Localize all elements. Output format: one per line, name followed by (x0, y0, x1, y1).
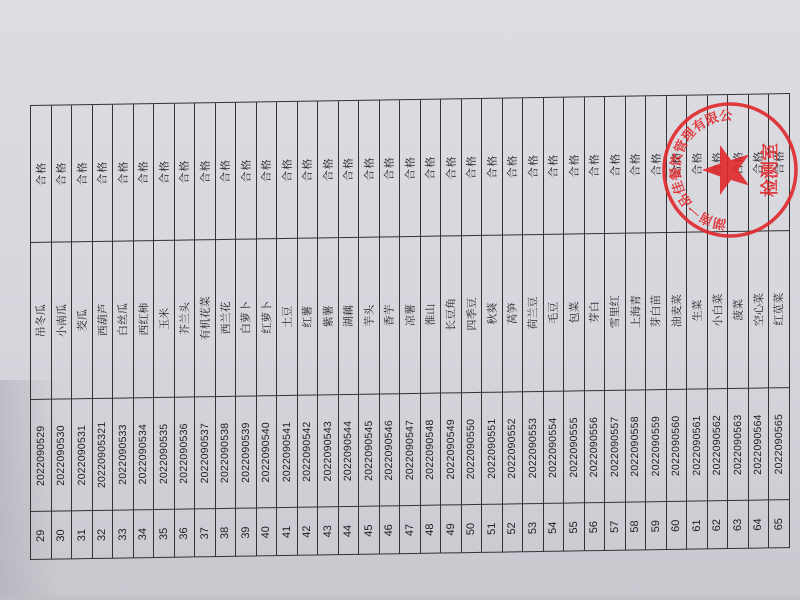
sample-id-cell-text: 2022090545 (363, 420, 375, 481)
item-name-cell-text: 有机花菜 (197, 296, 213, 340)
sample-id-cell: 20220905321 (93, 399, 113, 511)
row-number-cell: 51 (482, 505, 502, 553)
row-number-cell-text: 34 (137, 528, 149, 540)
item-name-cell: 空心菜 (749, 231, 769, 388)
row-number-cell: 40 (257, 508, 277, 556)
sample-id-cell: 2022090556 (585, 391, 605, 503)
result-cell: 合格 (708, 95, 728, 232)
result-cell: 合格 (52, 105, 72, 242)
row-number-cell: 42 (298, 507, 318, 555)
sample-id-cell-text: 2022090529 (35, 425, 47, 486)
item-name-cell: 油麦菜 (667, 233, 687, 390)
sample-id-cell-text: 2022090539 (240, 422, 252, 483)
result-cell: 合格 (605, 97, 625, 234)
result-cell: 合格 (646, 96, 666, 233)
item-name-cell-text: 四季豆 (463, 297, 479, 330)
row-number-cell-text: 42 (301, 525, 313, 537)
sample-id-cell: 2022090546 (380, 394, 400, 506)
row-number-cell-text: 31 (76, 528, 88, 540)
sample-id-cell-text: 2022090536 (178, 423, 190, 484)
item-name-cell-text: 红苋菜 (771, 293, 787, 326)
result-cell: 合格 (523, 98, 543, 235)
sample-id-cell-text: 2022090562 (711, 414, 723, 475)
table-row: 合格包菜202209055555 (564, 97, 585, 551)
item-name-cell-text: 长豆角 (443, 298, 459, 331)
item-name-cell-text: 包菜 (566, 301, 582, 323)
sample-id-cell: 2022090539 (236, 396, 256, 508)
sample-id-cell: 2022090534 (134, 398, 154, 510)
table-row: 合格凉薯202209054747 (400, 100, 421, 554)
row-number-cell: 47 (400, 506, 420, 554)
item-name-cell: 芋头 (359, 238, 379, 395)
sample-id-cell-text: 2022090546 (383, 420, 395, 481)
row-number-cell-text: 52 (506, 522, 518, 534)
table-row: 合格白丝瓜202209053333 (113, 104, 134, 558)
table-row: 合格红薯202209054242 (298, 101, 319, 555)
result-cell: 合格 (626, 96, 646, 233)
result-cell: 合格 (359, 101, 379, 238)
row-number-cell-text: 45 (363, 524, 375, 536)
table-row: 合格有机花菜202209053737 (195, 103, 216, 557)
row-number-cell: 39 (236, 508, 256, 556)
sample-id-cell-text: 2022090530 (55, 425, 67, 486)
row-number-cell: 41 (277, 508, 297, 556)
result-cell: 合格 (503, 98, 523, 235)
row-number-cell: 59 (646, 502, 666, 550)
result-cell-text: 合格 (463, 155, 479, 179)
result-cell-text: 合格 (586, 153, 602, 177)
sample-id-cell: 2022090537 (195, 397, 215, 509)
row-number-cell-text: 46 (383, 524, 395, 536)
item-name-cell: 芽白苗 (646, 233, 666, 390)
table-row: 合格荷兰豆202209055353 (523, 98, 544, 552)
sample-id-cell-text: 2022090557 (609, 416, 621, 477)
result-cell: 合格 (318, 101, 338, 238)
sample-id-cell-text: 2022090533 (117, 424, 129, 485)
result-cell: 合格 (564, 97, 584, 234)
table-row: 合格菠菜202209056363 (728, 95, 749, 549)
table-row: 合格白萝卜202209053939 (236, 102, 257, 556)
sample-id-cell: 2022090544 (339, 395, 359, 507)
result-cell-text: 合格 (258, 158, 274, 182)
table-row: 合格芋头202209054545 (359, 101, 380, 555)
result-cell-text: 合格 (115, 160, 131, 184)
item-name-cell-text: 上海青 (627, 295, 643, 328)
sample-id-cell-text: 2022090549 (445, 419, 457, 480)
result-cell: 合格 (769, 94, 789, 231)
row-number-cell-text: 57 (609, 520, 621, 532)
item-name-cell: 毛豆 (544, 235, 564, 392)
item-name-cell: 莴笋 (503, 235, 523, 392)
row-number-cell: 53 (523, 504, 543, 552)
row-number-cell-text: 59 (650, 519, 662, 531)
sample-id-cell-text: 2022090558 (629, 416, 641, 477)
item-name-cell: 紫薯 (318, 238, 338, 395)
sample-id-cell-text: 2022090556 (588, 416, 600, 477)
sample-id-cell: 2022090550 (462, 393, 482, 505)
result-cell-text: 合格 (484, 155, 500, 179)
row-number-cell: 57 (605, 503, 625, 551)
item-name-cell: 四季豆 (462, 236, 482, 393)
result-cell: 合格 (31, 106, 51, 243)
item-name-cell-text: 红萝卜 (258, 301, 274, 334)
inspection-table: 合格吊冬瓜202209052929合格小南瓜202209053030合格茭瓜20… (30, 93, 790, 560)
item-name-cell: 秋葵 (482, 236, 502, 393)
table-row: 合格四季豆202209055050 (462, 99, 483, 553)
item-name-cell-text: 玉米 (156, 308, 172, 330)
item-name-cell-text: 秋葵 (484, 303, 500, 325)
result-cell-text: 合格 (340, 157, 356, 181)
item-name-cell-text: 芽白 (586, 301, 602, 323)
item-name-cell: 白萝卜 (236, 239, 256, 396)
row-number-cell: 38 (216, 509, 236, 557)
row-number-cell: 32 (93, 511, 113, 559)
sample-id-cell-text: 2022090565 (773, 413, 785, 474)
item-name-cell: 生菜 (687, 232, 707, 389)
result-cell: 合格 (277, 102, 297, 239)
row-number-cell-text: 47 (404, 523, 416, 535)
row-number-cell: 56 (585, 503, 605, 551)
table-row: 合格上海青202209055858 (626, 96, 647, 550)
result-cell: 合格 (134, 104, 154, 241)
row-number-cell-text: 49 (445, 523, 457, 535)
sample-id-cell: 2022090563 (728, 389, 748, 501)
sample-id-cell: 2022090552 (503, 392, 523, 504)
row-number-cell-text: 32 (96, 528, 108, 540)
result-cell-text: 合格 (135, 160, 151, 184)
table-row: 合格西葫芦2022090532132 (93, 105, 114, 559)
row-number-cell-text: 64 (752, 518, 764, 530)
item-name-cell-text: 凉薯 (402, 304, 418, 326)
row-number-cell: 61 (687, 501, 707, 549)
sample-id-cell: 2022090529 (31, 400, 51, 512)
result-cell: 合格 (298, 101, 318, 238)
result-cell-text: 合格 (53, 161, 69, 185)
sample-id-cell-text: 2022090537 (199, 422, 211, 483)
sample-id-cell: 2022090547 (400, 394, 420, 506)
result-cell-text: 合格 (279, 158, 295, 182)
row-number-cell: 65 (769, 500, 789, 548)
sample-id-cell-text: 2022090559 (650, 415, 662, 476)
item-name-cell: 芥兰头 (175, 240, 195, 397)
item-name-cell: 西葫芦 (93, 242, 113, 399)
row-number-cell: 60 (667, 502, 687, 550)
sample-id-cell: 2022090543 (318, 395, 338, 507)
row-number-cell-text: 61 (691, 519, 703, 531)
item-name-cell: 淮山 (421, 237, 441, 394)
table-row: 合格莴笋202209055252 (503, 98, 524, 552)
row-number-cell: 43 (318, 507, 338, 555)
result-cell: 合格 (175, 103, 195, 240)
item-name-cell-text: 小白菜 (709, 294, 725, 327)
item-name-cell-text: 生菜 (689, 299, 705, 321)
result-cell: 合格 (93, 105, 113, 242)
row-number-cell-text: 36 (178, 527, 190, 539)
result-cell-text: 合格 (197, 159, 213, 183)
table-row: 合格香芋202209054646 (380, 100, 401, 554)
row-number-cell: 44 (339, 507, 359, 555)
table-row: 合格秋葵202209055151 (482, 99, 503, 553)
sample-id-cell: 2022090551 (482, 393, 502, 505)
row-number-cell-text: 56 (588, 520, 600, 532)
item-name-cell: 包菜 (564, 234, 584, 391)
sample-id-cell: 2022090549 (441, 393, 461, 505)
item-name-cell-text: 紫薯 (320, 305, 336, 327)
row-number-cell: 58 (626, 502, 646, 550)
result-cell: 合格 (482, 99, 502, 236)
row-number-cell: 30 (52, 511, 72, 559)
row-number-cell: 33 (113, 510, 133, 558)
row-number-cell-text: 58 (629, 520, 641, 532)
row-number-cell-text: 44 (342, 524, 354, 536)
item-name-cell-text: 油麦菜 (668, 294, 684, 327)
item-name-cell: 白丝瓜 (113, 241, 133, 398)
row-number-cell-text: 48 (424, 523, 436, 535)
result-cell-text: 合格 (730, 151, 746, 175)
result-cell: 合格 (339, 101, 359, 238)
sample-id-cell: 2022090533 (113, 398, 133, 510)
item-name-cell: 香芋 (380, 237, 400, 394)
result-cell: 合格 (380, 100, 400, 237)
item-name-cell: 小南瓜 (52, 242, 72, 399)
sample-id-cell: 2022090530 (52, 399, 72, 511)
row-number-cell-text: 63 (732, 518, 744, 530)
item-name-cell: 红薯 (298, 238, 318, 395)
item-name-cell-text: 莴笋 (504, 302, 520, 324)
result-cell-text: 合格 (238, 158, 254, 182)
item-name-cell-text: 西葫芦 (94, 303, 110, 336)
item-name-cell: 雪里红 (605, 234, 625, 391)
row-number-cell: 50 (462, 505, 482, 553)
sample-id-cell: 2022090531 (72, 399, 92, 511)
table-row: 合格空心菜202209056464 (749, 94, 770, 548)
row-number-cell-text: 37 (199, 527, 211, 539)
item-name-cell-text: 白萝卜 (238, 301, 254, 334)
sample-id-cell: 2022090554 (544, 392, 564, 504)
result-cell: 合格 (462, 99, 482, 236)
item-name-cell-text: 芋头 (361, 305, 377, 327)
row-number-cell: 54 (544, 504, 564, 552)
sample-id-cell: 2022090553 (523, 392, 543, 504)
sample-id-cell: 2022090541 (277, 396, 297, 508)
sample-id-cell-text: 2022090563 (732, 414, 744, 475)
result-cell-text: 合格 (771, 150, 787, 174)
item-name-cell-text: 土豆 (279, 306, 295, 328)
sample-id-cell-text: 2022090551 (486, 418, 498, 479)
table-row: 合格紫薯202209054343 (318, 101, 339, 555)
result-cell-text: 合格 (320, 157, 336, 181)
row-number-cell-text: 62 (711, 518, 723, 530)
row-number-cell: 52 (503, 504, 523, 552)
item-name-cell: 土豆 (277, 239, 297, 396)
sample-id-cell-text: 2022090540 (260, 421, 272, 482)
sample-id-cell-text: 2022090552 (506, 418, 518, 479)
row-number-cell-text: 35 (158, 527, 170, 539)
item-name-cell: 茭瓜 (72, 242, 92, 399)
item-name-cell-text: 西兰花 (217, 301, 233, 334)
row-number-cell: 46 (380, 506, 400, 554)
table-row: 合格芽白202209055656 (585, 97, 606, 551)
result-cell-text: 合格 (689, 151, 705, 175)
item-name-cell: 菠菜 (728, 232, 748, 389)
result-cell-text: 合格 (74, 161, 90, 185)
sample-id-cell-text: 2022090541 (281, 421, 293, 482)
row-number-cell-text: 60 (670, 519, 682, 531)
row-number-cell-text: 40 (260, 526, 272, 538)
row-number-cell-text: 55 (568, 521, 580, 533)
result-cell-text: 合格 (627, 152, 643, 176)
table-row: 合格油麦菜202209056060 (667, 96, 688, 550)
item-name-cell: 上海青 (626, 233, 646, 390)
result-cell-text: 合格 (422, 156, 438, 180)
sample-id-cell: 2022090564 (749, 388, 769, 500)
sample-id-cell-text: 2022090531 (76, 424, 88, 485)
row-number-cell: 48 (421, 506, 441, 554)
table-row: 合格玉米202209053535 (154, 104, 175, 558)
row-number-cell-text: 43 (322, 525, 334, 537)
result-cell-text: 合格 (566, 153, 582, 177)
sample-id-cell-text: 2022090561 (691, 415, 703, 476)
sample-id-cell-text: 2022090554 (547, 417, 559, 478)
table-row: 合格土豆202209054141 (277, 102, 298, 556)
sample-id-cell: 2022090560 (667, 390, 687, 502)
row-number-cell: 49 (441, 505, 461, 553)
item-name-cell-text: 红薯 (299, 306, 315, 328)
sample-id-cell-text: 2022090547 (404, 419, 416, 480)
row-number-cell-text: 50 (465, 522, 477, 534)
sample-id-cell: 2022090536 (175, 397, 195, 509)
table-row: 合格雪里红202209055757 (605, 97, 626, 551)
result-cell: 合格 (257, 102, 277, 239)
result-cell: 合格 (667, 96, 687, 233)
result-cell: 合格 (195, 103, 215, 240)
sample-id-cell: 2022090565 (769, 388, 789, 500)
row-number-cell-text: 38 (219, 526, 231, 538)
sample-id-cell-text: 2022090560 (670, 415, 682, 476)
sample-id-cell: 2022090538 (216, 397, 236, 509)
item-name-cell-text: 茭瓜 (74, 309, 90, 331)
item-name-cell: 湖藕 (339, 238, 359, 395)
sample-id-cell-text: 2022090555 (568, 417, 580, 478)
sample-id-cell: 2022090561 (687, 389, 707, 501)
item-name-cell-text: 西红柿 (135, 303, 151, 336)
result-cell: 合格 (113, 104, 133, 241)
item-name-cell-text: 吊冬瓜 (33, 304, 49, 337)
row-number-cell: 45 (359, 507, 379, 555)
row-number-cell: 62 (708, 501, 728, 549)
item-name-cell-text: 白丝瓜 (115, 303, 131, 336)
result-cell-text: 合格 (94, 161, 110, 185)
table-row: 合格小白菜202209056262 (708, 95, 729, 549)
table-row: 合格红萝卜202209054040 (257, 102, 278, 556)
row-number-cell: 36 (175, 509, 195, 557)
row-number-cell-text: 33 (117, 528, 129, 540)
result-cell: 合格 (72, 105, 92, 242)
paper-edge (0, 594, 800, 600)
item-name-cell: 红苋菜 (769, 231, 789, 388)
row-number-cell-text: 53 (527, 521, 539, 533)
result-cell-text: 合格 (33, 162, 49, 186)
row-number-cell-text: 41 (281, 525, 293, 537)
sample-id-cell: 2022090545 (359, 395, 379, 507)
sample-id-cell: 2022090542 (298, 395, 318, 507)
result-cell-text: 合格 (402, 156, 418, 180)
result-cell: 合格 (687, 95, 707, 232)
item-name-cell: 凉薯 (400, 237, 420, 394)
row-number-cell-text: 65 (773, 518, 785, 530)
table-row: 合格湖藕202209054444 (339, 101, 360, 555)
result-cell: 合格 (421, 100, 441, 237)
table-row: 合格淮山202209054848 (421, 100, 442, 554)
item-name-cell: 长豆角 (441, 236, 461, 393)
result-cell-text: 合格 (504, 154, 520, 178)
sample-id-cell-text: 2022090534 (137, 423, 149, 484)
table-row: 合格毛豆202209055454 (544, 98, 565, 552)
sample-id-cell-text: 2022090535 (158, 423, 170, 484)
item-name-cell-text: 淮山 (422, 304, 438, 326)
table-row: 合格红苋菜202209056565 (769, 94, 790, 548)
table-row: 合格芥兰头202209053636 (175, 103, 196, 557)
item-name-cell-text: 湖藕 (340, 305, 356, 327)
sample-id-cell: 2022090562 (708, 389, 728, 501)
row-number-cell: 37 (195, 509, 215, 557)
row-number-cell: 34 (134, 510, 154, 558)
row-number-cell-text: 39 (240, 526, 252, 538)
row-number-cell: 64 (749, 500, 769, 548)
sample-id-cell: 2022090535 (154, 398, 174, 510)
row-number-cell: 63 (728, 501, 748, 549)
item-name-cell-text: 荷兰豆 (525, 296, 541, 329)
item-name-cell: 芽白 (585, 234, 605, 391)
item-name-cell-text: 芥兰头 (176, 302, 192, 335)
sample-id-cell-text: 2022090548 (424, 419, 436, 480)
result-cell-text: 合格 (668, 152, 684, 176)
result-cell-text: 合格 (361, 157, 377, 181)
item-name-cell: 玉米 (154, 241, 174, 398)
result-cell-text: 合格 (381, 156, 397, 180)
result-cell-text: 合格 (648, 152, 664, 176)
sample-id-cell: 2022090555 (564, 391, 584, 503)
result-cell: 合格 (728, 95, 748, 232)
row-number-cell-text: 30 (55, 529, 67, 541)
result-cell-text: 合格 (545, 154, 561, 178)
sample-id-cell: 2022090548 (421, 394, 441, 506)
row-number-cell: 55 (564, 503, 584, 551)
result-cell-text: 合格 (299, 158, 315, 182)
result-cell: 合格 (585, 97, 605, 234)
item-name-cell: 小白菜 (708, 232, 728, 389)
item-name-cell: 吊冬瓜 (31, 243, 51, 400)
item-name-cell-text: 雪里红 (607, 295, 623, 328)
sample-id-cell-text: 2022090542 (301, 421, 313, 482)
row-number-cell: 29 (31, 512, 51, 560)
table-row: 合格茭瓜202209053131 (72, 105, 93, 559)
sample-id-cell-text: 20220905321 (96, 421, 108, 488)
item-name-cell: 西红柿 (134, 241, 154, 398)
table-row: 合格小南瓜202209053030 (52, 105, 73, 559)
result-cell: 合格 (749, 94, 769, 231)
sample-id-cell-text: 2022090550 (465, 418, 477, 479)
item-name-cell-text: 小南瓜 (53, 304, 69, 337)
row-number-cell: 35 (154, 510, 174, 558)
sample-id-cell-text: 2022090564 (752, 414, 764, 475)
sample-id-cell-text: 2022090543 (322, 421, 334, 482)
result-cell-text: 合格 (525, 154, 541, 178)
result-cell: 合格 (441, 99, 461, 236)
table-row: 合格西兰花202209053838 (216, 103, 237, 557)
sample-id-cell-text: 2022090544 (342, 420, 354, 481)
result-cell: 合格 (544, 98, 564, 235)
